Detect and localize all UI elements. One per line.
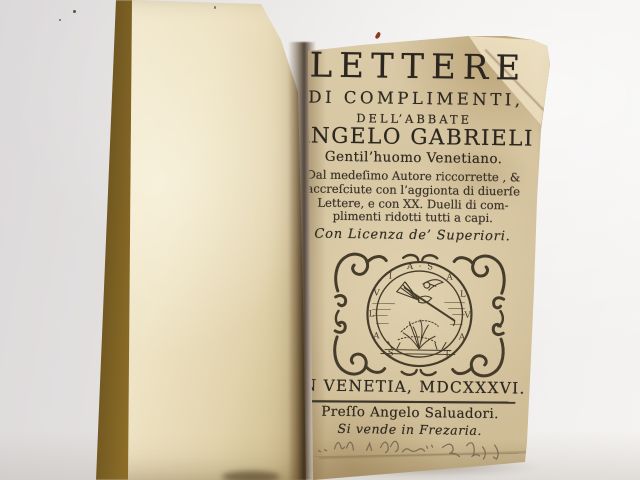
author-name: ANGELO GABRIELI <box>287 123 541 152</box>
license-line: Con Licenza de’ Superiori. <box>285 226 539 245</box>
dust-speck <box>73 10 76 13</box>
bottom-gap-shadow <box>222 471 280 480</box>
svg-text:.: . <box>419 260 422 270</box>
dust-speck <box>59 19 61 21</box>
printer-device-emblem: S A L V I A . S A L V A T <box>332 251 508 379</box>
imprint-line: IN VENETIA, MDCXXXVI. <box>283 376 537 398</box>
svg-text:V: V <box>463 311 471 321</box>
photo-of-antique-book: LETTERE DI COMPLIMENTI, DELL’ABBATE ANGE… <box>0 0 640 480</box>
svg-text:A: A <box>406 262 414 272</box>
title-page: LETTERE DI COMPLIMENTI, DELL’ABBATE ANGE… <box>301 30 555 480</box>
author-epithet: Gentil’huomo Venetiano. <box>287 148 541 168</box>
svg-text:I: I <box>389 272 392 282</box>
svg-text:A: A <box>372 331 380 341</box>
printed-text-column: LETTERE DI COMPLIMENTI, DELL’ABBATE ANGE… <box>282 28 542 480</box>
svg-text:T: T <box>444 349 450 359</box>
svg-text:S: S <box>427 262 433 272</box>
pen-rule-line <box>314 451 518 460</box>
book-subtitle: DI COMPLIMENTI, <box>287 87 541 110</box>
svg-text:L: L <box>369 309 375 319</box>
svg-text:V: V <box>372 288 380 298</box>
edition-note: Dal medeſimo Autore riccorrette , & accr… <box>286 168 541 227</box>
book-title: LETTERE <box>288 45 543 89</box>
handwritten-inscription <box>314 433 520 470</box>
svg-text:L: L <box>460 290 466 300</box>
svg-text:S: S <box>388 348 394 358</box>
svg-text:A: A <box>458 332 466 342</box>
emblem-outer-circle <box>367 261 472 366</box>
dust-speck <box>214 6 216 9</box>
emblem-inner-circle <box>376 270 463 357</box>
svg-text:A: A <box>445 273 453 283</box>
scrollwork-frame <box>334 254 504 376</box>
